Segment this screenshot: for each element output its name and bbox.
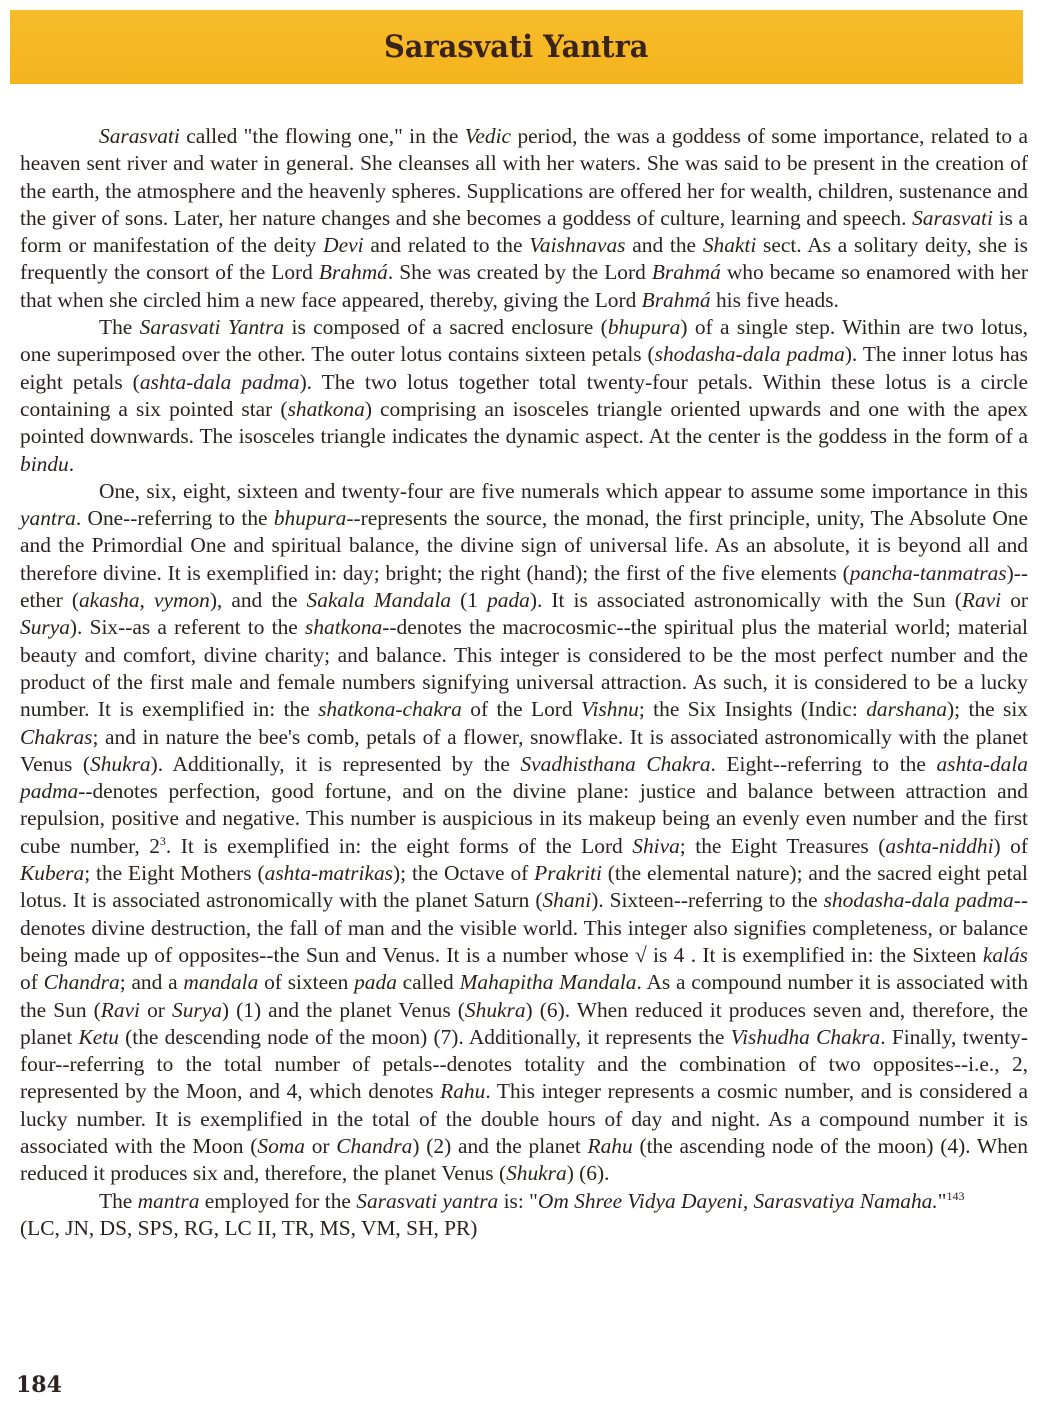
italic-term: Svadhisthana Chakra (520, 752, 710, 776)
italic-term: pada (354, 970, 397, 994)
text-run: ; and a (120, 970, 184, 994)
italic-term: Mahapitha Mandala (460, 970, 637, 994)
paragraph-composition: The Sarasvati Yantra is composed of a sa… (20, 314, 1028, 478)
text-run: ). Additionally, it is represented by th… (151, 752, 521, 776)
italic-term: Sakala Mandala (307, 588, 452, 612)
italic-term: mandala (183, 970, 258, 994)
italic-term: ashta-matrikas (265, 861, 393, 885)
paragraph-numerals: One, six, eight, sixteen and twenty-four… (20, 478, 1028, 1188)
text-run: ; the Eight Treasures ( (680, 834, 886, 858)
italic-term: shodasha-dala padma (655, 342, 845, 366)
text-run: called (397, 970, 460, 994)
italic-term: akasha, vymon (79, 588, 210, 612)
body-text: Sarasvati called "the flowing one," in t… (20, 123, 1028, 1242)
text-run: is: " (498, 1189, 538, 1213)
text-run: employed for the (199, 1189, 356, 1213)
italic-term: Rahu (588, 1134, 633, 1158)
italic-term: Vishnu (581, 697, 639, 721)
text-run: ). Sixteen--referring to the (591, 888, 823, 912)
text-run: . Eight--referring to the (711, 752, 937, 776)
italic-term: ashta-dala padma (140, 370, 300, 394)
italic-term: Sarasvati Yantra (140, 315, 284, 339)
text-run: ) (6). (567, 1161, 610, 1185)
italic-term: Sarasvati yantra (356, 1189, 498, 1213)
italic-term: pancha-tanmatras (850, 561, 1007, 585)
text-run: . (69, 452, 74, 476)
italic-term: Shiva (632, 834, 680, 858)
italic-term: yantra (20, 506, 76, 530)
paragraph-mantra: The mantra employed for the Sarasvati ya… (20, 1188, 1028, 1215)
italic-term: Brahmá (319, 260, 388, 284)
page-title: Sarasvati Yantra (384, 29, 649, 65)
text-run: ); the six (947, 697, 1028, 721)
text-run: called "the flowing one," in the (180, 124, 465, 148)
italic-term: Ravi (962, 588, 1001, 612)
italic-term: Ravi (101, 998, 140, 1022)
text-run: . It is exemplified in: the eight forms … (166, 834, 632, 858)
text-run: The (99, 315, 140, 339)
italic-term: Brahmá (652, 260, 721, 284)
text-run: of the Lord (462, 697, 581, 721)
italic-term: Rahu (440, 1079, 485, 1103)
italic-term: kalás (983, 943, 1028, 967)
italic-term: Vishudha Chakra (731, 1025, 881, 1049)
italic-term: ashta-niddhi (885, 834, 993, 858)
text-run: . One--referring to the (76, 506, 274, 530)
italic-term: Chandra (336, 1134, 412, 1158)
italic-term: Sarasvati (99, 124, 180, 148)
text-run: ) (1) and the planet Venus ( (222, 998, 465, 1022)
italic-term: Kubera (20, 861, 84, 885)
italic-term: Shakti (703, 233, 756, 257)
italic-term: Surya (172, 998, 222, 1022)
italic-term: bindu (20, 452, 69, 476)
text-run: ) of (994, 834, 1028, 858)
text-run: his five heads. (711, 288, 839, 312)
italic-term: Shukra (465, 998, 526, 1022)
text-run: ; the Eight Mothers ( (84, 861, 264, 885)
text-run: is composed of a sacred enclosure ( (284, 315, 608, 339)
italic-term: bhupura (608, 315, 681, 339)
italic-term: Om Shree Vidya Dayeni, Sarasvatiya Namah… (538, 1189, 938, 1213)
italic-term: Soma (257, 1134, 305, 1158)
italic-term: Shani (542, 888, 591, 912)
italic-term: Chandra (44, 970, 120, 994)
italic-term: Prakriti (534, 861, 602, 885)
text-run: of (20, 970, 44, 994)
text-run: (the descending node of the moon) (7). A… (119, 1025, 731, 1049)
text-run: and the (625, 233, 702, 257)
text-run: The (99, 1189, 138, 1213)
superscript: 143 (946, 1189, 964, 1203)
italic-term: Shukra (90, 752, 151, 776)
italic-term: bhupura (274, 506, 347, 530)
text-run: ) (2) and the planet (412, 1134, 587, 1158)
italic-term: Ketu (79, 1025, 119, 1049)
italic-term: mantra (138, 1189, 200, 1213)
paragraph-sources: (LC, JN, DS, SPS, RG, LC II, TR, MS, VM,… (20, 1215, 1028, 1242)
text-run: or (1001, 588, 1028, 612)
text-run: or (140, 998, 172, 1022)
page-number: 184 (16, 1372, 62, 1398)
text-run: or (305, 1134, 336, 1158)
italic-term: Sarasvati (912, 206, 993, 230)
italic-term: darshana (866, 697, 947, 721)
italic-term: shatkona (305, 615, 382, 639)
italic-term: Vaishnavas (529, 233, 625, 257)
text-run: ); the Octave of (393, 861, 534, 885)
text-run: ). Six--as a referent to the (70, 615, 305, 639)
paragraph-intro: Sarasvati called "the flowing one," in t… (20, 123, 1028, 314)
text-run: (1 (451, 588, 487, 612)
italic-term: shatkona (288, 397, 365, 421)
italic-term: pada (487, 588, 530, 612)
text-run: (LC, JN, DS, SPS, RG, LC II, TR, MS, VM,… (20, 1216, 477, 1240)
italic-term: shodasha-dala padma (824, 888, 1014, 912)
text-run: of sixteen (258, 970, 354, 994)
text-run: ; the Six Insights (Indic: (639, 697, 866, 721)
italic-term: Shukra (506, 1161, 567, 1185)
italic-term: Chakras (20, 725, 93, 749)
text-run: and related to the (364, 233, 530, 257)
italic-term: shatkona-chakra (318, 697, 462, 721)
title-banner: Sarasvati Yantra (10, 10, 1023, 84)
italic-term: Surya (20, 615, 70, 639)
italic-term: Brahmá (642, 288, 711, 312)
text-run: One, six, eight, sixteen and twenty-four… (99, 479, 1028, 503)
italic-term: Vedic (465, 124, 511, 148)
text-run: ), and the (210, 588, 307, 612)
italic-term: Devi (323, 233, 363, 257)
text-run: . She was created by the Lord (388, 260, 652, 284)
text-run: ). It is associated astronomically with … (530, 588, 962, 612)
